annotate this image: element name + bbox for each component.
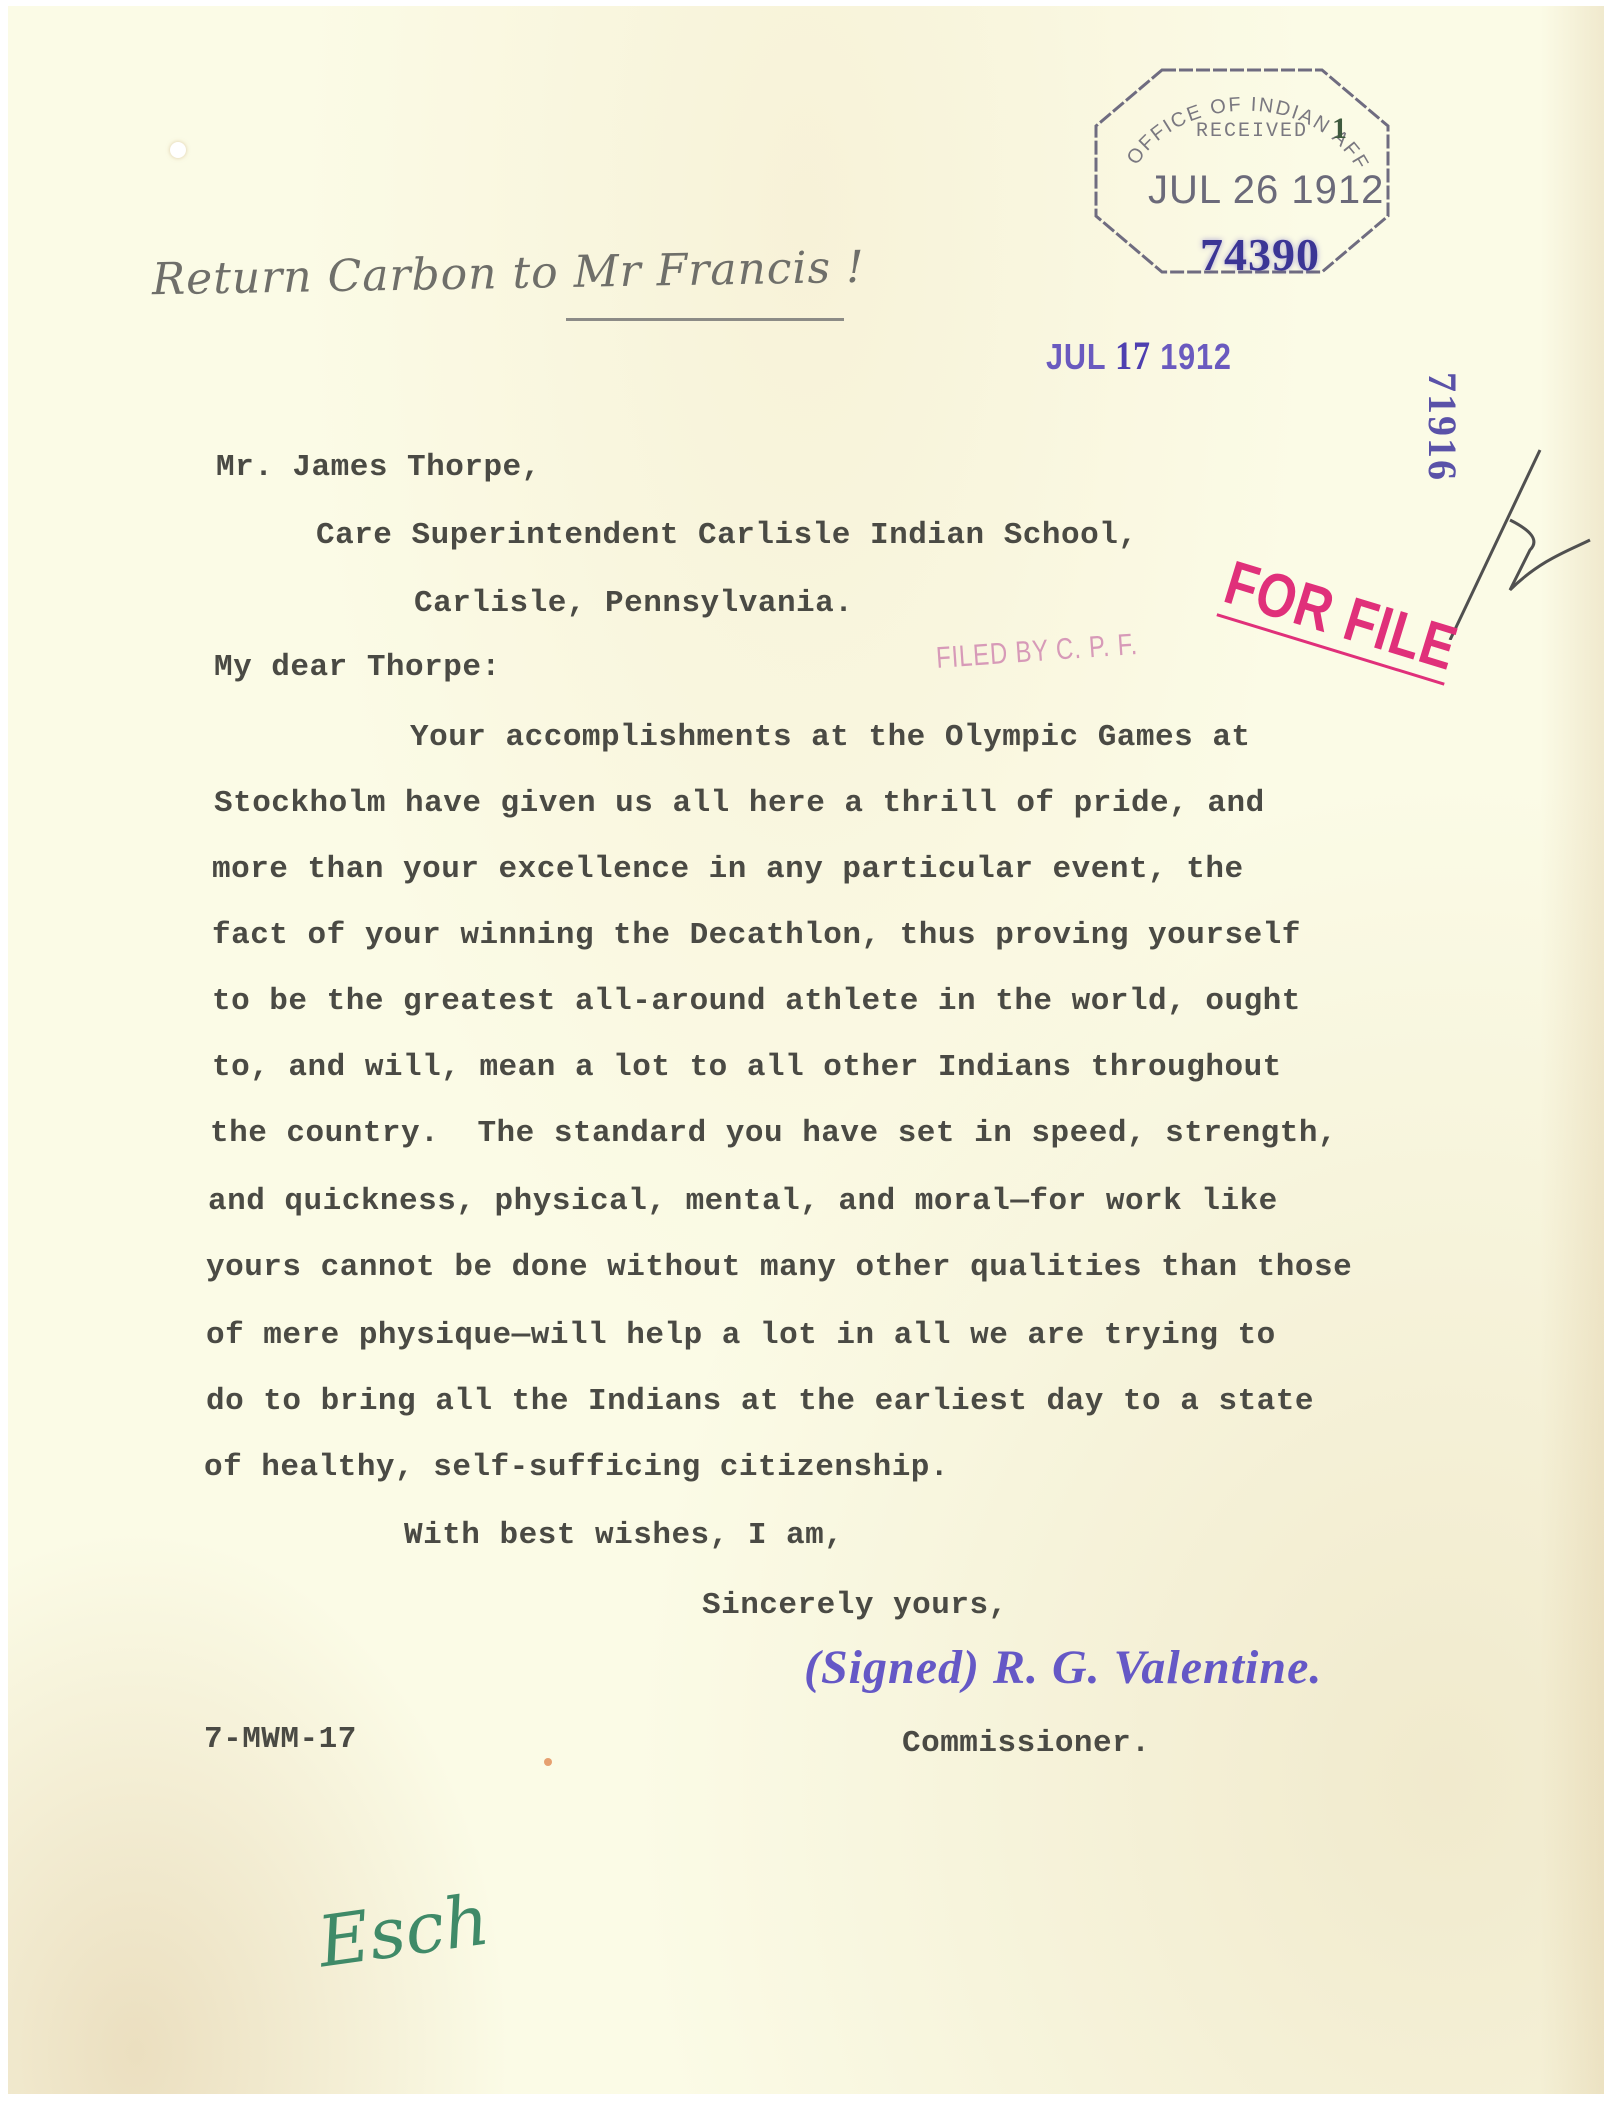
- date-stamp-month: JUL: [1046, 336, 1106, 377]
- address-line-1: Mr. James Thorpe,: [216, 450, 541, 485]
- body-line: Stockholm have given us all here a thril…: [214, 786, 1265, 821]
- address-line-3: Carlisle, Pennsylvania.: [414, 586, 853, 621]
- body-line: yours cannot be done without many other …: [206, 1250, 1352, 1285]
- handwritten-underline: [566, 318, 844, 321]
- signature: (Signed) R. G. Valentine.: [804, 1640, 1322, 1695]
- body-line: to be the greatest all-around athlete in…: [212, 984, 1301, 1019]
- stamp-received-mark: 1: [1332, 112, 1347, 146]
- date-stamp: JUL 17 1912: [1046, 332, 1232, 379]
- body-line: more than your excellence in any particu…: [212, 852, 1244, 887]
- closing-line: With best wishes, I am,: [404, 1518, 843, 1553]
- body-line: of healthy, self-sufficing citizenship.: [204, 1450, 949, 1485]
- salutation: My dear Thorpe:: [214, 650, 501, 685]
- signatory-title: Commissioner.: [902, 1726, 1150, 1761]
- date-stamp-day: 17: [1115, 333, 1151, 378]
- body-line: do to bring all the Indians at the earli…: [206, 1384, 1314, 1419]
- valediction: Sincerely yours,: [702, 1588, 1008, 1623]
- paper-hole: [170, 142, 186, 158]
- reference-code: 7-MWM-17: [204, 1722, 357, 1757]
- stamp-received-date: JUL 26 1912: [1148, 168, 1384, 213]
- body-line: Your accomplishments at the Olympic Game…: [410, 720, 1251, 755]
- stamp-received-number: 74390: [1200, 228, 1320, 281]
- date-stamp-year: 1912: [1160, 336, 1231, 377]
- body-line: and quickness, physical, mental, and mor…: [208, 1184, 1278, 1219]
- address-line-2: Care Superintendent Carlisle Indian Scho…: [316, 518, 1137, 553]
- stamp-received-label: RECEIVED: [1196, 120, 1308, 143]
- body-line: of mere physique—will help a lot in all …: [206, 1318, 1276, 1353]
- body-line: fact of your winning the Decathlon, thus…: [212, 918, 1301, 953]
- ink-spot: [544, 1758, 552, 1766]
- body-line: to, and will, mean a lot to all other In…: [212, 1050, 1282, 1085]
- body-line: the country. The standard you have set i…: [210, 1116, 1337, 1151]
- pencil-slash-mark-icon: [1430, 440, 1600, 640]
